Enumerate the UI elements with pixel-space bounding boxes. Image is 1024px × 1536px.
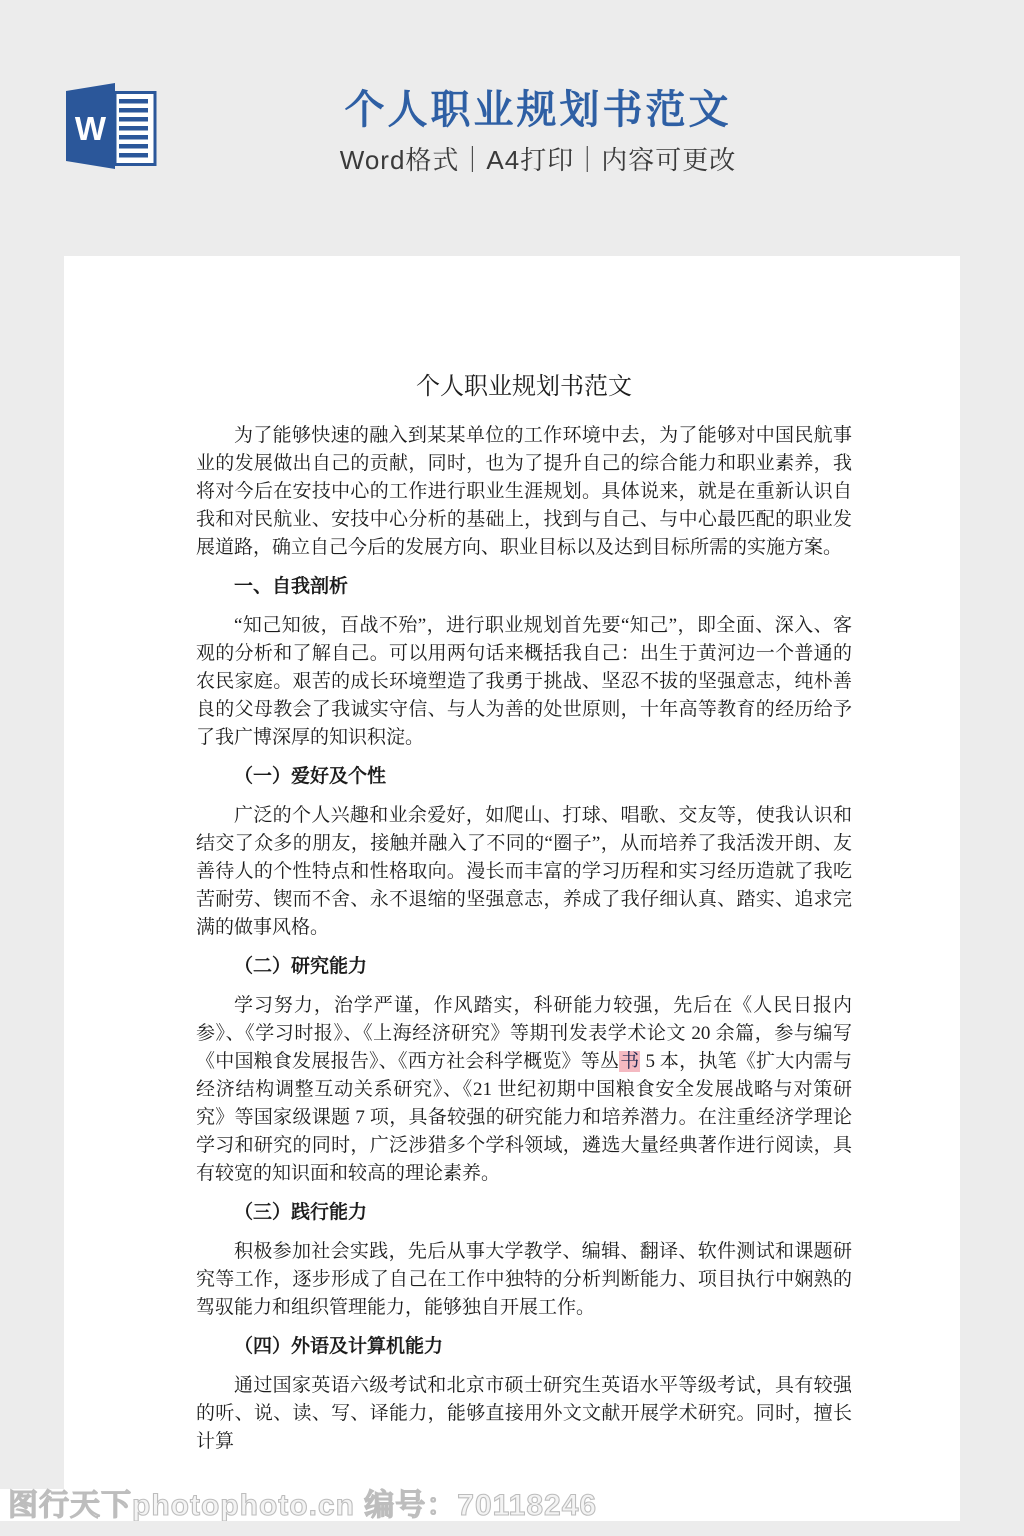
paragraph-hobby: 广泛的个人兴趣和业余爱好，如爬山、打球、唱歌、交友等，使我认识和结交了众多的朋友…	[196, 802, 852, 942]
bottom-strip	[0, 1521, 1024, 1536]
template-title: 个人职业规划书范文	[52, 84, 1024, 136]
paragraph-intro: 为了能够快速的融入到某某单位的工作环境中去，为了能够对中国民航事业的发展做出自己…	[196, 422, 852, 562]
watermark-bar: 图行天下photophoto.cn 编号：70118246	[0, 1489, 706, 1522]
paragraph-self-analysis: “知己知彼，百战不殆”，进行职业规划首先要“知己”，即全面、深入、客观的分析和了…	[196, 612, 852, 752]
highlighted-character: 书	[619, 1051, 640, 1072]
heading-research: （二）研究能力	[196, 953, 852, 981]
paragraph-practice: 积极参加社会实践，先后从事大学教学、编辑、翻译、软件测试和课题研究等工作，逐步形…	[196, 1238, 852, 1322]
template-subtitle: Word格式｜A4打印｜内容可更改	[52, 142, 1024, 178]
header-text-block: 个人职业规划书范文 Word格式｜A4打印｜内容可更改	[52, 84, 1024, 178]
heading-hobby: （一）爱好及个性	[196, 763, 852, 791]
heading-language: （四）外语及计算机能力	[196, 1333, 852, 1361]
heading-self-analysis: 一、自我剖析	[196, 573, 852, 601]
paragraph-language: 通过国家英语六级考试和北京市硕士研究生英语水平等级考试，具有较强的听、说、读、写…	[196, 1372, 852, 1456]
template-preview-canvas: W 个人职业规划书范文 Word格式｜A4打印｜内容可更改 个人职业规划书范文 …	[0, 0, 1024, 1536]
heading-practice: （三）践行能力	[196, 1199, 852, 1227]
document-title: 个人职业规划书范文	[196, 370, 852, 404]
paragraph-research: 学习努力，治学严谨，作风踏实，科研能力较强，先后在《人民日报内参》、《学习时报》…	[196, 992, 852, 1188]
watermark-text: 图行天下photophoto.cn 编号：70118246	[0, 1489, 706, 1522]
document-page: 个人职业规划书范文 为了能够快速的融入到某某单位的工作环境中去，为了能够对中国民…	[64, 256, 960, 1521]
